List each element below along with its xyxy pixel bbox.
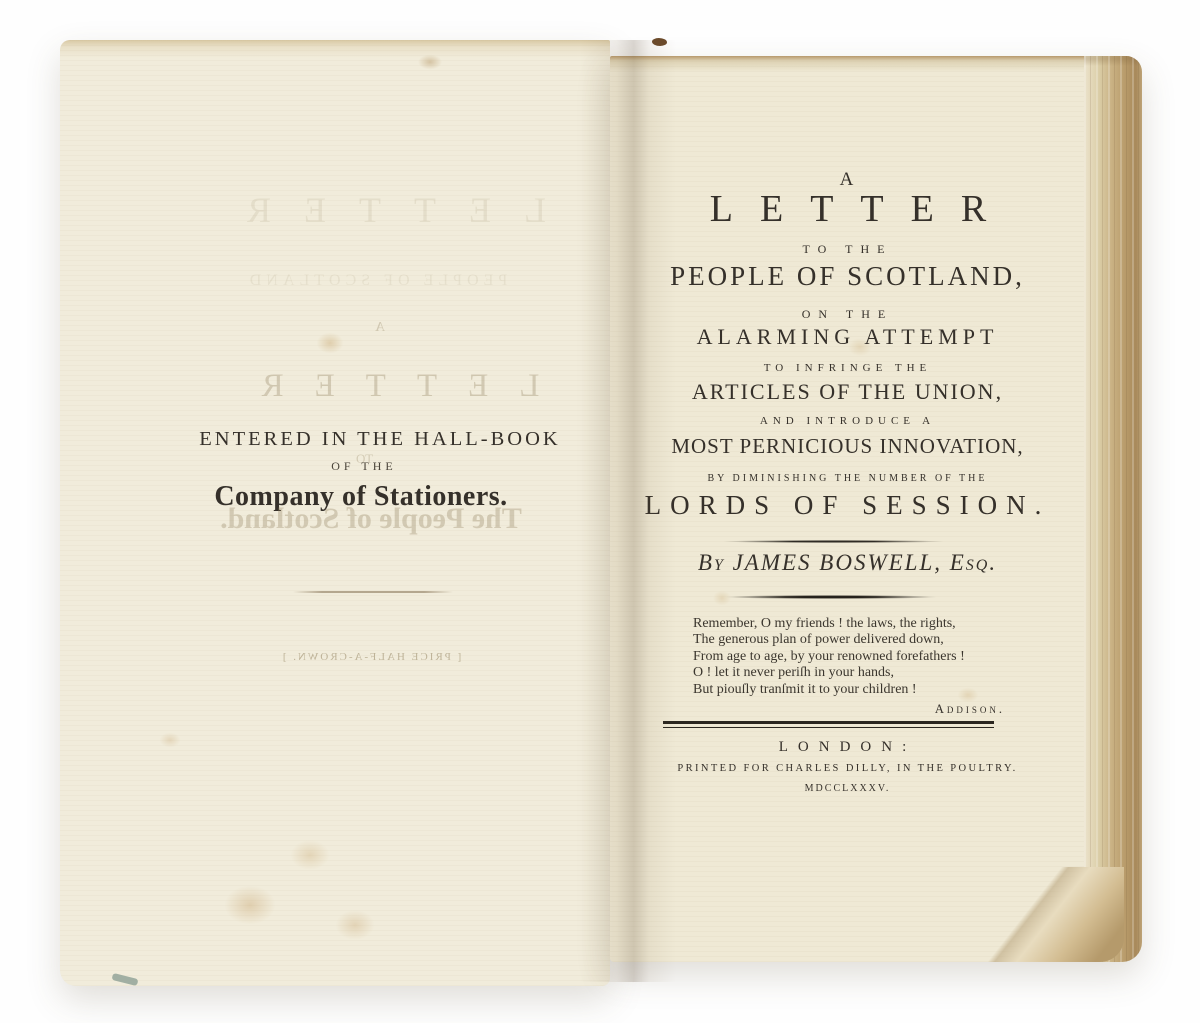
title-page: A LETTER TO THE PEOPLE OF SCOTLAND, ON T… xyxy=(610,56,1142,962)
epigraph-line: The generous plan of power delivered dow… xyxy=(693,632,1005,648)
imprint-year: MDCCLXXXV. xyxy=(615,784,1080,794)
epigraph-line: But piouſly tranſmit it to your children… xyxy=(693,682,1005,698)
open-book-photo: LETTER PEOPLE OF SCOTLAND A LETTER ENTER… xyxy=(60,36,1142,988)
rule-below-byline xyxy=(725,595,937,599)
imprint-publisher: PRINTED FOR CHARLES DILLY, IN THE POULTR… xyxy=(615,764,1080,775)
rule-above-byline xyxy=(722,540,945,543)
showthrough-scotland-title: The People of Scotland. xyxy=(110,504,632,534)
title-line-on-the: ON THE xyxy=(615,308,1080,320)
title-line-lords-of-session: LORDS OF SESSION. xyxy=(615,492,1080,519)
title-line-by-diminishing: BY DIMINISHING THE NUMBER OF THE xyxy=(615,474,1080,484)
edge-mark xyxy=(112,973,139,986)
title-article-a: A xyxy=(615,170,1080,189)
author-byline: By JAMES BOSWELL, Esq. xyxy=(615,551,1080,574)
epigraph-attribution: Addison. xyxy=(693,703,1005,716)
imprint-city: LONDON: xyxy=(615,740,1080,755)
showthrough-price-line: [ PRICE HALF-A-CROWN. ] xyxy=(210,652,532,663)
stationers-register-line-2: OF THE xyxy=(104,460,624,472)
left-page: LETTER PEOPLE OF SCOTLAND A LETTER ENTER… xyxy=(60,40,610,986)
title-line-most-pernicious-innovation: MOST PERNICIOUS INNOVATION, xyxy=(615,436,1080,457)
top-edge-speck xyxy=(652,38,667,46)
epigraph-line: O ! let it never periſh in your hands, xyxy=(693,665,1005,681)
stationers-register-line-1: ENTERED IN THE HALL-BOOK xyxy=(120,429,640,450)
showthrough-letter-a: A xyxy=(360,321,400,335)
title-line-to-infringe-the: TO INFRINGE THE xyxy=(615,363,1080,374)
epigraph-quote: Remember, O my friends ! the laws, the r… xyxy=(693,616,1005,698)
showthrough-half-title-people: PEOPLE OF SCOTLAND xyxy=(200,273,552,289)
title-line-alarming-attempt: ALARMING ATTEMPT xyxy=(615,326,1080,348)
title-line-people-of-scotland: PEOPLE OF SCOTLAND, xyxy=(615,263,1080,290)
crumpled-corner xyxy=(954,867,1124,962)
title-word-letter: LETTER xyxy=(615,190,1094,228)
title-line-and-introduce-a: AND INTRODUCE A xyxy=(615,416,1080,427)
double-rule-above-imprint xyxy=(663,721,994,728)
epigraph-line: Remember, O my friends ! the laws, the r… xyxy=(693,616,1005,632)
showthrough-title-letter: LETTER xyxy=(185,370,585,403)
showthrough-half-title-letter: LETTER xyxy=(160,192,600,228)
title-line-to-the: TO THE xyxy=(615,243,1080,255)
faint-rule xyxy=(293,591,453,593)
epigraph-line: From age to age, by your renowned forefa… xyxy=(693,649,1005,665)
title-line-articles-of-the-union: ARTICLES OF THE UNION, xyxy=(615,381,1080,403)
